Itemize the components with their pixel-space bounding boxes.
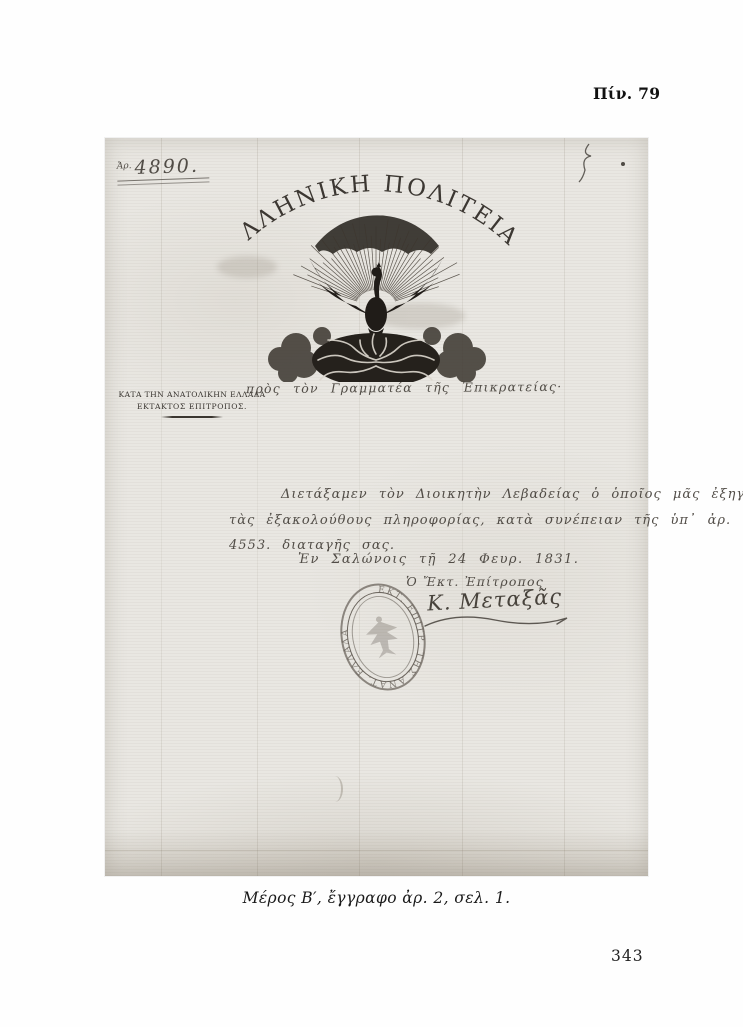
body-line: τὰς ἐξακολούθους πληροφορίας, κατὰ συνέπ… [229, 508, 647, 534]
document-scan: Ἀρ.4890. ΕΛΛΗΝΙΚΗ ΠΟΛΙΤΕΙΑ. [105, 138, 648, 876]
registry-number: Ἀρ.4890. [117, 154, 210, 185]
phoenix-bird-icon [310, 260, 442, 342]
dateline: Ἐν Σαλώνοις τῇ 24 Φευρ. 1831. [298, 552, 579, 567]
plate-number: Πίν. 79 [593, 84, 660, 103]
registry-underline [117, 177, 209, 185]
page-number: 343 [611, 947, 644, 965]
official-seal-icon: ΕΚΤ. ΕΠΙΤΡ. ΤΗΣ ΑΝΑΤ. ΕΛΛΑΔΑ [335, 579, 431, 695]
ink-dot-icon [621, 162, 625, 166]
registry-value: 4890. [134, 155, 199, 179]
body-line: Διετάξαμεν τὸν Διοικητὴν Λεβαδείας ὁ ὁπο… [229, 482, 647, 508]
phoenix-emblem-icon: ΕΛΛΗΝΙΚΗ ΠΟΛΙΤΕΙΑ. [218, 164, 538, 382]
faint-pencil-mark [327, 776, 343, 802]
paper-edge-shading [105, 830, 648, 876]
body-text: Διετάξαμεν τὸν Διοικητὴν Λεβαδείας ὁ ὁπο… [229, 482, 647, 559]
letterhead-rule [161, 416, 223, 418]
address-line: πρὸς τὸν Γραμματέα τῆς Ἐπικρατείας· [246, 379, 562, 396]
book-page: { "page": { "plate_label": "Πίν. 79", "c… [0, 0, 743, 1027]
signature-flourish-icon [421, 616, 571, 634]
registry-prefix: Ἀρ. [117, 161, 132, 172]
flames-smoke-icon [268, 327, 486, 382]
sun-canopy-icon [315, 215, 439, 254]
figure-caption: Μέρος Β′, ἔγγραφο ἀρ. 2, σελ. 1. [105, 889, 648, 907]
signature-name: Κ. Μεταξᾶς [426, 584, 562, 615]
letterhead-line2: ΕΚΤΑΚΤΟΣ ΕΠΙΤΡΟΠΟΣ. [107, 402, 277, 411]
seal-eagle-icon [363, 613, 403, 660]
ink-squiggle-icon [565, 140, 605, 188]
fold-line [161, 138, 162, 876]
